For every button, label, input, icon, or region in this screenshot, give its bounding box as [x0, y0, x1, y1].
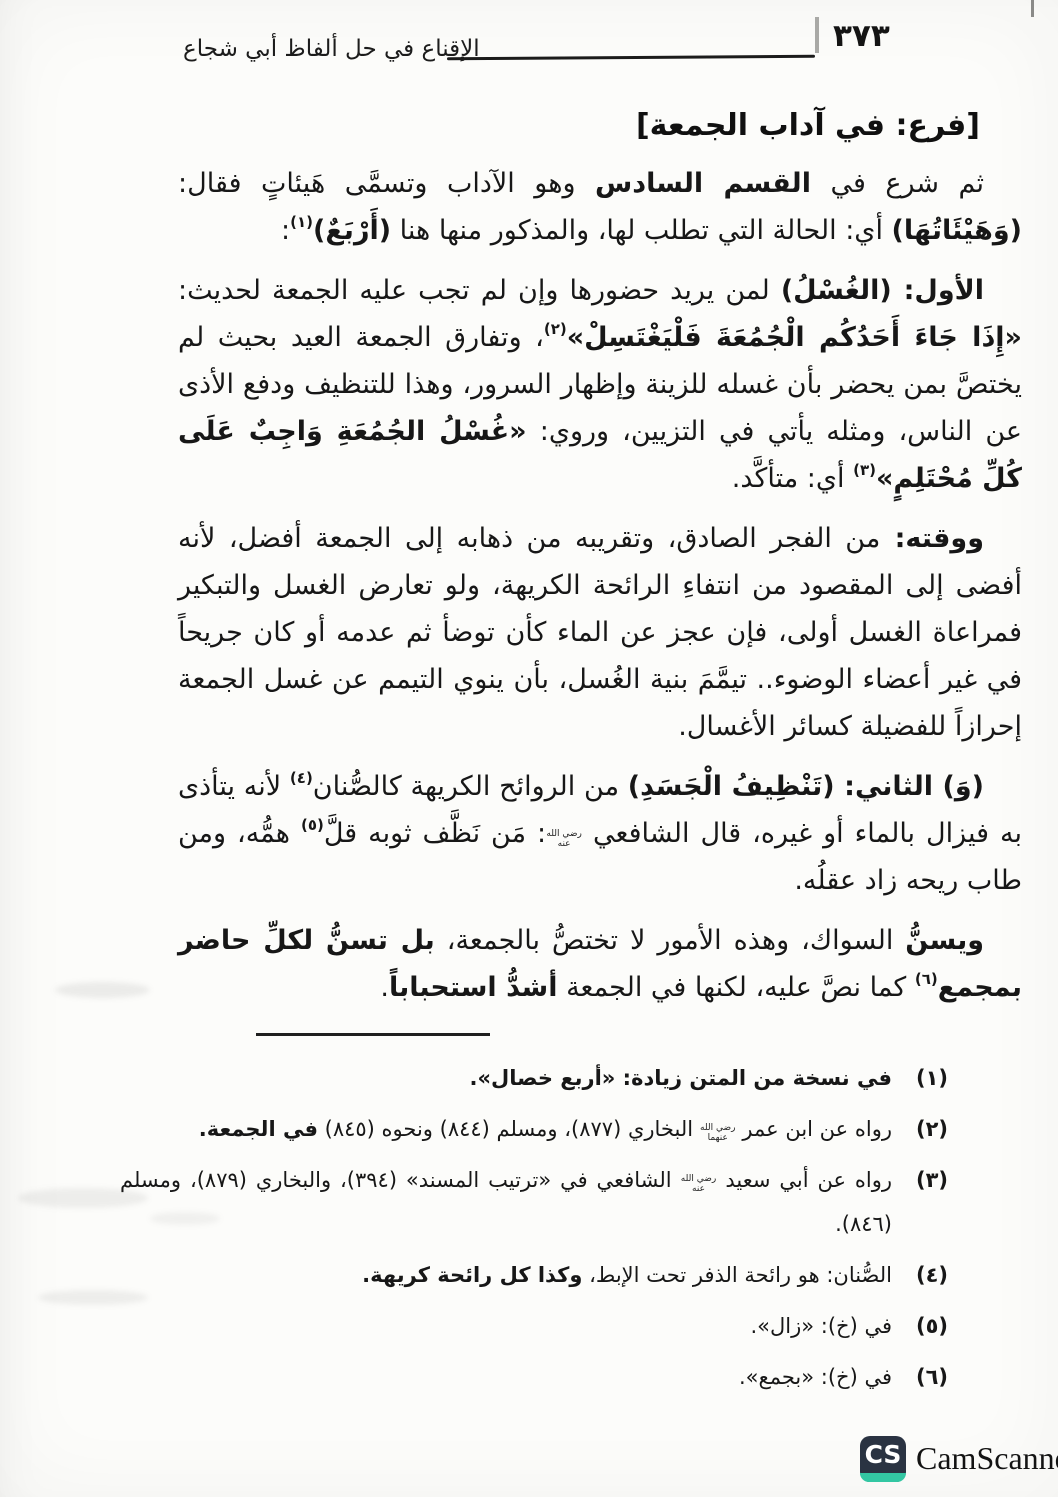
body-paragraph: ويسنُّ السواك، وهذه الأمور لا تختصُّ بال… — [178, 917, 1022, 1011]
body-paragraph: (وَ) الثاني: (تَنْظِيفُ الْجَسَدِ) من ال… — [178, 763, 1022, 904]
body-paragraph: الأول: (الغُسْلُ) لمن يريد حضورها وإن لم… — [178, 267, 1022, 502]
header-rule — [447, 55, 815, 61]
text-segment: كما نصَّ عليه، لكنها في الجمعة — [557, 972, 914, 1003]
footnote: (٢)رواه عن ابن عمر رضي الله عنهما البخار… — [120, 1107, 948, 1151]
running-title: الإقناع في حل ألفاظ أبي شجاع — [183, 36, 480, 62]
text-segment: في الجمعة. — [199, 1117, 318, 1141]
scan-smudge — [150, 1212, 220, 1225]
footnote: (٣)رواه عن أبي سعيد رضي الله عنه الشافعي… — [120, 1158, 948, 1246]
body-text: ثم شرع في القسم السادس وهو الآداب وتسمَّ… — [178, 160, 1022, 1024]
footnote-ref: (٢) — [544, 320, 567, 338]
text-segment: وهو الآداب وتسمَّى هَيئاتٍ فقال: — [178, 168, 595, 199]
text-segment: (وَهَيْئَاتُهَا) — [892, 215, 1022, 246]
text-segment: ثم شرع في — [811, 168, 984, 199]
text-segment: من الروائح الكريهة كالصُّنان — [313, 771, 628, 802]
text-segment: أشدُّ استحباباً — [389, 972, 558, 1003]
footnote-marker: (٦) — [892, 1355, 948, 1399]
footnote-ref: (١) — [290, 213, 313, 231]
footnote-ref: (٤) — [290, 769, 313, 787]
text-segment: «إِذَا جَاءَ أَحَدُكُم الْجُمُعَةَ فَلْي… — [567, 322, 1022, 353]
footnote-marker: (٢) — [892, 1107, 948, 1151]
camscanner-icon-letters: CS — [860, 1440, 906, 1469]
camscanner-icon-strip — [860, 1473, 906, 1482]
footnote-ref: (٣) — [853, 461, 876, 479]
footnote-text: في (خ): «بجمع». — [120, 1355, 892, 1399]
footnote: (٤)الصُّنان: هو رائحة الذفر تحت الإبط، و… — [120, 1253, 948, 1297]
text-segment: رواه عن أبي سعيد — [717, 1168, 893, 1192]
footnote-separator-rule — [256, 1033, 490, 1036]
body-paragraph: ووقته: من الفجر الصادق، وتقريبه من ذهابه… — [178, 515, 1022, 750]
text-segment: . — [380, 972, 389, 1003]
footnote-text: رواه عن أبي سعيد رضي الله عنه الشافعي في… — [120, 1158, 892, 1246]
text-segment: السواك، وهذه الأمور لا تختصُّ بالجمعة، — [435, 925, 905, 956]
camscanner-label: CamScanner — [916, 1440, 1058, 1477]
footnote-marker: (٣) — [892, 1158, 948, 1246]
footnotes-block: (١)في نسخة من المتن زيادة: «أربع خصال».(… — [120, 1056, 948, 1406]
text-segment: : — [281, 215, 290, 246]
text-segment: أي: متأكَّد. — [732, 463, 853, 494]
scan-edge-artifact — [1031, 0, 1034, 17]
footnote: (٦)في (خ): «بجمع». — [120, 1355, 948, 1399]
camscanner-icon: CS — [860, 1436, 906, 1482]
footnote-marker: (١) — [892, 1056, 948, 1100]
footnote-marker: (٥) — [892, 1304, 948, 1348]
footnote: (١)في نسخة من المتن زيادة: «أربع خصال». — [120, 1056, 948, 1100]
text-segment: في (خ): «بجمع». — [739, 1365, 892, 1389]
footnote-text: رواه عن ابن عمر رضي الله عنهما البخاري (… — [120, 1107, 892, 1151]
footnote-ref: (٦) — [915, 970, 938, 988]
page-number: ٣٧٣ — [833, 18, 890, 54]
scan-smudge — [38, 1290, 148, 1305]
text-segment: ويسنُّ — [905, 925, 984, 956]
scanned-book-page: الإقناع في حل ألفاظ أبي شجاع ٣٧٣ [فرع: ف… — [0, 0, 1058, 1497]
body-paragraph: ثم شرع في القسم السادس وهو الآداب وتسمَّ… — [178, 160, 1022, 254]
text-segment: في نسخة من المتن زيادة: «أربع خصال». — [469, 1066, 892, 1090]
honorific-mark: رضي الله عنهما — [700, 1123, 736, 1144]
text-segment: القسم السادس — [595, 168, 811, 199]
text-segment: رواه عن ابن عمر — [736, 1117, 892, 1141]
honorific-mark: رضي الله عنه — [546, 829, 582, 850]
text-segment: ووقته: — [880, 523, 984, 554]
footnote-text: في نسخة من المتن زيادة: «أربع خصال». — [120, 1056, 892, 1100]
text-segment: لمن يريد حضورها وإن لم تجب عليه الجمعة ل… — [178, 275, 781, 306]
text-segment: أي: الحالة التي تطلب لها، والمذكور منها … — [391, 215, 891, 246]
footnote-text: الصُّنان: هو رائحة الذفر تحت الإبط، وكذا… — [120, 1253, 892, 1297]
section-heading: [فرع: في آداب الجمعة] — [636, 108, 980, 143]
text-segment: البخاري (٨٧٧)، ومسلم (٨٤٤) ونحوه (٨٤٥) — [318, 1117, 700, 1141]
scan-smudge — [55, 982, 150, 998]
scan-smudge — [18, 1188, 148, 1208]
text-segment: في (خ): «زال». — [750, 1314, 892, 1338]
text-segment: وكذا كل رائحة كريهة. — [362, 1263, 582, 1287]
text-segment: (أَرْبَعٌ) — [313, 215, 391, 246]
header-tick-mark — [815, 17, 819, 53]
honorific-mark: رضي الله عنه — [681, 1174, 717, 1195]
footnote: (٥)في (خ): «زال». — [120, 1304, 948, 1348]
text-segment: : مَن نَظَّف ثوبه قلَّ — [324, 818, 546, 849]
footnote-text: في (خ): «زال». — [120, 1304, 892, 1348]
text-segment: الأول: (الغُسْلُ) — [781, 275, 984, 306]
footnote-marker: (٤) — [892, 1253, 948, 1297]
text-segment: من الفجر الصادق، وتقريبه من ذهابه إلى ال… — [178, 523, 1022, 742]
text-segment: (وَ) الثاني: (تَنْظِيفُ الْجَسَدِ) — [628, 771, 984, 802]
footnote-ref: (٥) — [301, 816, 324, 834]
text-segment: الصُّنان: هو رائحة الذفر تحت الإبط، — [582, 1263, 892, 1287]
